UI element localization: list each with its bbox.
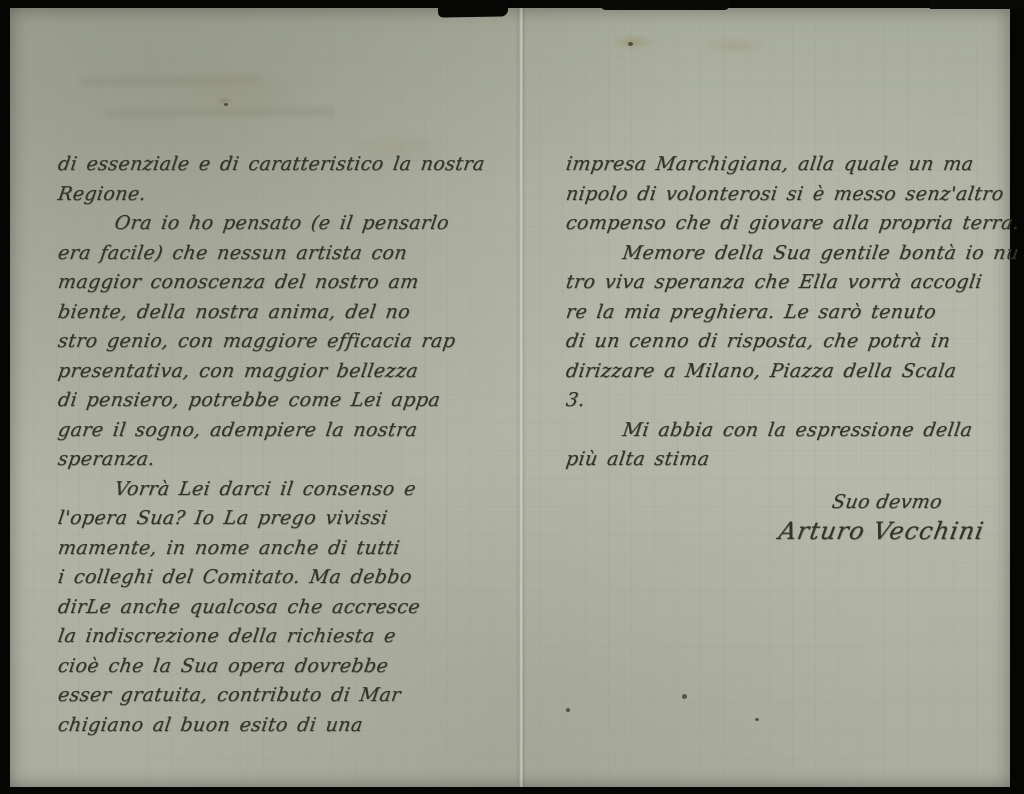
- handwritten-line: tro viva speranza che Ella vorrà accogli: [564, 268, 1012, 298]
- handwritten-line: presentativa, con maggior bellezza: [56, 357, 518, 387]
- handwritten-line: dirizzare a Milano, Piazza della Scala: [564, 357, 1012, 387]
- scan-edge-shadow: [930, 0, 1024, 9]
- handwritten-line: impresa Marchigiana, alla quale un ma: [564, 150, 1012, 180]
- handwritten-line: di essenziale e di caratteristico la nos…: [56, 150, 518, 180]
- handwritten-line: nipolo di volonterosi si è messo senz'al…: [564, 180, 1012, 210]
- handwritten-line: Vorrà Lei darci il consenso e: [56, 475, 518, 505]
- handwritten-line: chigiano al buon esito di una: [56, 711, 518, 741]
- left-page-handwriting: di essenziale e di caratteristico la nos…: [58, 150, 516, 740]
- handwritten-line: dirLe anche qualcosa che accresce: [56, 593, 518, 623]
- handwritten-line: l'opera Sua? Io La prego vivissi: [56, 504, 518, 534]
- letter-left-page: di essenziale e di caratteristico la nos…: [10, 8, 516, 787]
- handwritten-line: Ora io ho pensato (e il pensarlo: [56, 209, 518, 239]
- handwritten-line: di pensiero, potrebbe come Lei appa: [56, 386, 518, 416]
- handwritten-line: i colleghi del Comitato. Ma debbo: [56, 563, 518, 593]
- handwritten-line: speranza.: [56, 445, 518, 475]
- handwritten-line: stro genio, con maggiore efficacia rap: [56, 327, 518, 357]
- handwritten-line: gare il sogno, adempiere la nostra: [56, 416, 518, 446]
- handwritten-line: biente, della nostra anima, del no: [56, 298, 518, 328]
- handwritten-line: 3.: [564, 386, 1012, 416]
- letter-scan: di essenziale e di caratteristico la nos…: [0, 0, 1024, 794]
- handwritten-line: cioè che la Sua opera dovrebbe: [56, 652, 518, 682]
- letter-right-page: impresa Marchigiana, alla quale un manip…: [520, 8, 1010, 787]
- handwritten-line: la indiscrezione della richiesta e: [56, 622, 518, 652]
- handwritten-line: re la mia preghiera. Le sarò tenuto: [564, 298, 1012, 328]
- handwritten-line: era facile) che nessun artista con: [56, 239, 518, 269]
- handwritten-line: Regione.: [56, 180, 518, 210]
- scan-edge-notch: [438, 0, 508, 18]
- handwritten-line: Memore della Sua gentile bontà io nu: [564, 239, 1012, 269]
- closing-valediction: Suo devmo: [564, 489, 1013, 516]
- letter-paper: di essenziale e di caratteristico la nos…: [10, 8, 1010, 787]
- signature: Arturo Vecchini: [563, 516, 1012, 546]
- scan-edge-shadow: [600, 0, 730, 10]
- handwritten-line: Mi abbia con la espressione della: [564, 416, 1012, 446]
- handwritten-line: più alta stima: [564, 445, 1012, 475]
- handwritten-line: compenso che di giovare alla propria ter…: [564, 209, 1012, 239]
- right-page-handwriting: impresa Marchigiana, alla quale un manip…: [566, 150, 1010, 475]
- handwritten-line: di un cenno di risposta, che potrà in: [564, 327, 1012, 357]
- handwritten-line: mamente, in nome anche di tutti: [56, 534, 518, 564]
- handwritten-line: maggior conoscenza del nostro am: [56, 268, 518, 298]
- handwritten-line: esser gratuita, contributo di Mar: [56, 681, 518, 711]
